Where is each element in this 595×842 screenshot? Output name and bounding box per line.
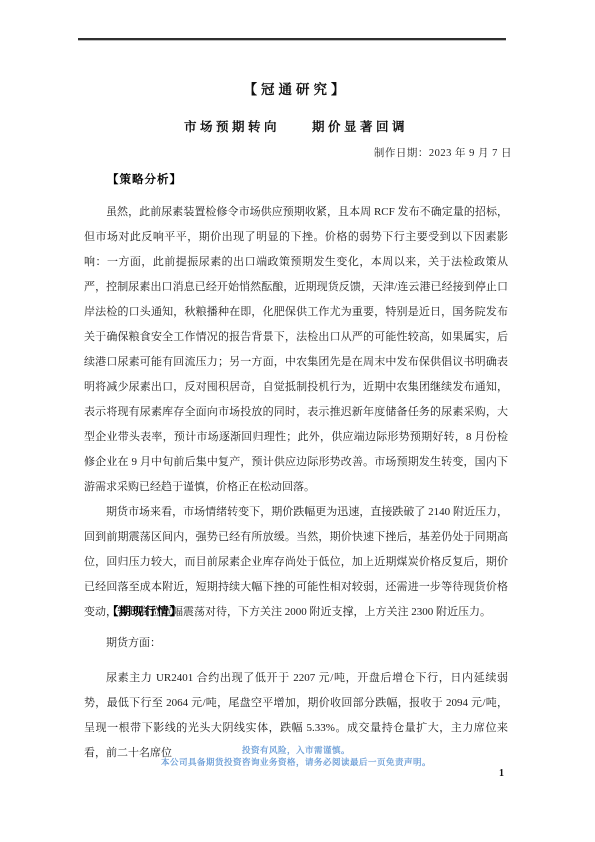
footer-disclaimer: 本公司具备期货投资咨询业务资格，请务必阅读最后一页免责声明。 xyxy=(84,756,508,768)
report-date: 制作日期：2023 年 9 月 7 日 xyxy=(84,145,512,160)
report-brand-title: 【冠通研究】 xyxy=(84,78,508,98)
report-headline: 市场预期转向 期价显著回调 xyxy=(84,117,508,135)
page-footer: 投资有风险，入市需谨慎。 本公司具备期货投资咨询业务资格，请务必阅读最后一页免责… xyxy=(84,744,508,768)
page-number: 1 xyxy=(499,768,504,779)
footer-risk-warning: 投资有风险，入市需谨慎。 xyxy=(84,744,508,756)
strategy-body: 虽然，此前尿素装置检修令市场供应预期收紧，且本周 RCF 发布不确定量的招标，但… xyxy=(84,200,508,625)
futures-lead-label: 期货方面： xyxy=(84,631,508,656)
strategy-paragraph-1: 虽然，此前尿素装置检修令市场供应预期收紧，且本周 RCF 发布不确定量的招标，但… xyxy=(84,200,508,500)
section-heading-market: 【期现行情】 xyxy=(84,600,508,625)
report-page: 【冠通研究】 市场预期转向 期价显著回调 制作日期：2023 年 9 月 7 日… xyxy=(0,0,595,842)
header-divider xyxy=(78,38,506,41)
section-heading-strategy: 【策略分析】 xyxy=(84,168,508,193)
